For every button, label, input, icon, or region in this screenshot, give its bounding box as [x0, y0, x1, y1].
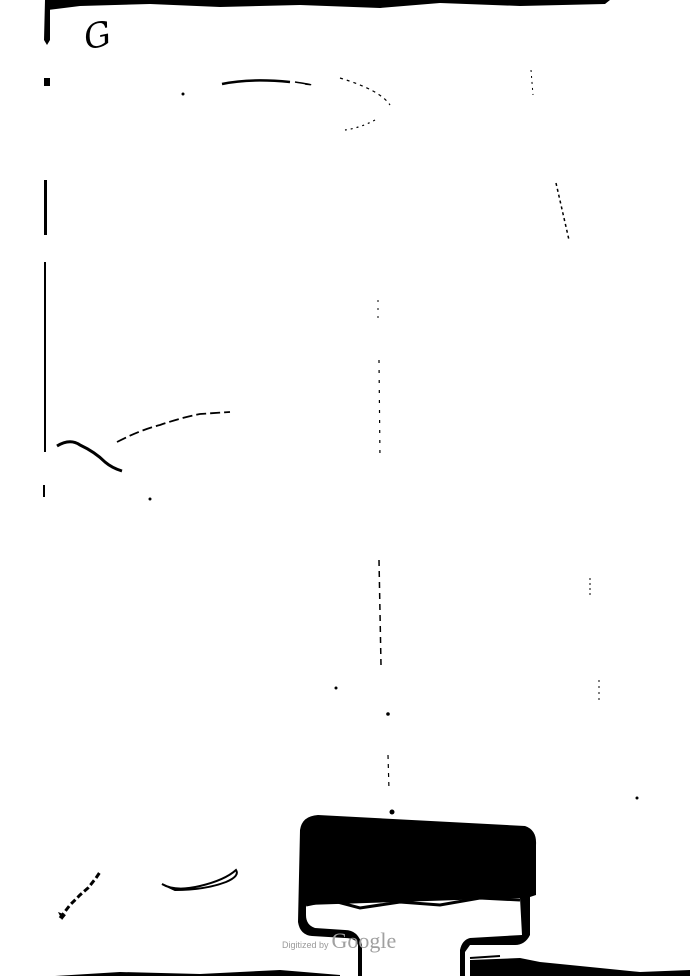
top-edge-shadow	[45, 0, 610, 10]
left-edge-line	[43, 485, 45, 497]
scan-artifacts	[0, 0, 690, 976]
left-edge-mark	[44, 78, 50, 86]
scanned-page: G Digitized by Google	[0, 0, 690, 976]
left-edge-mark	[44, 0, 50, 45]
left-edge-line	[44, 180, 47, 235]
left-edge-line	[44, 262, 46, 452]
watermark-brand: Google	[332, 928, 397, 954]
watermark-prefix: Digitized by	[282, 940, 329, 950]
digitized-by-google-watermark: Digitized by Google	[282, 928, 396, 954]
